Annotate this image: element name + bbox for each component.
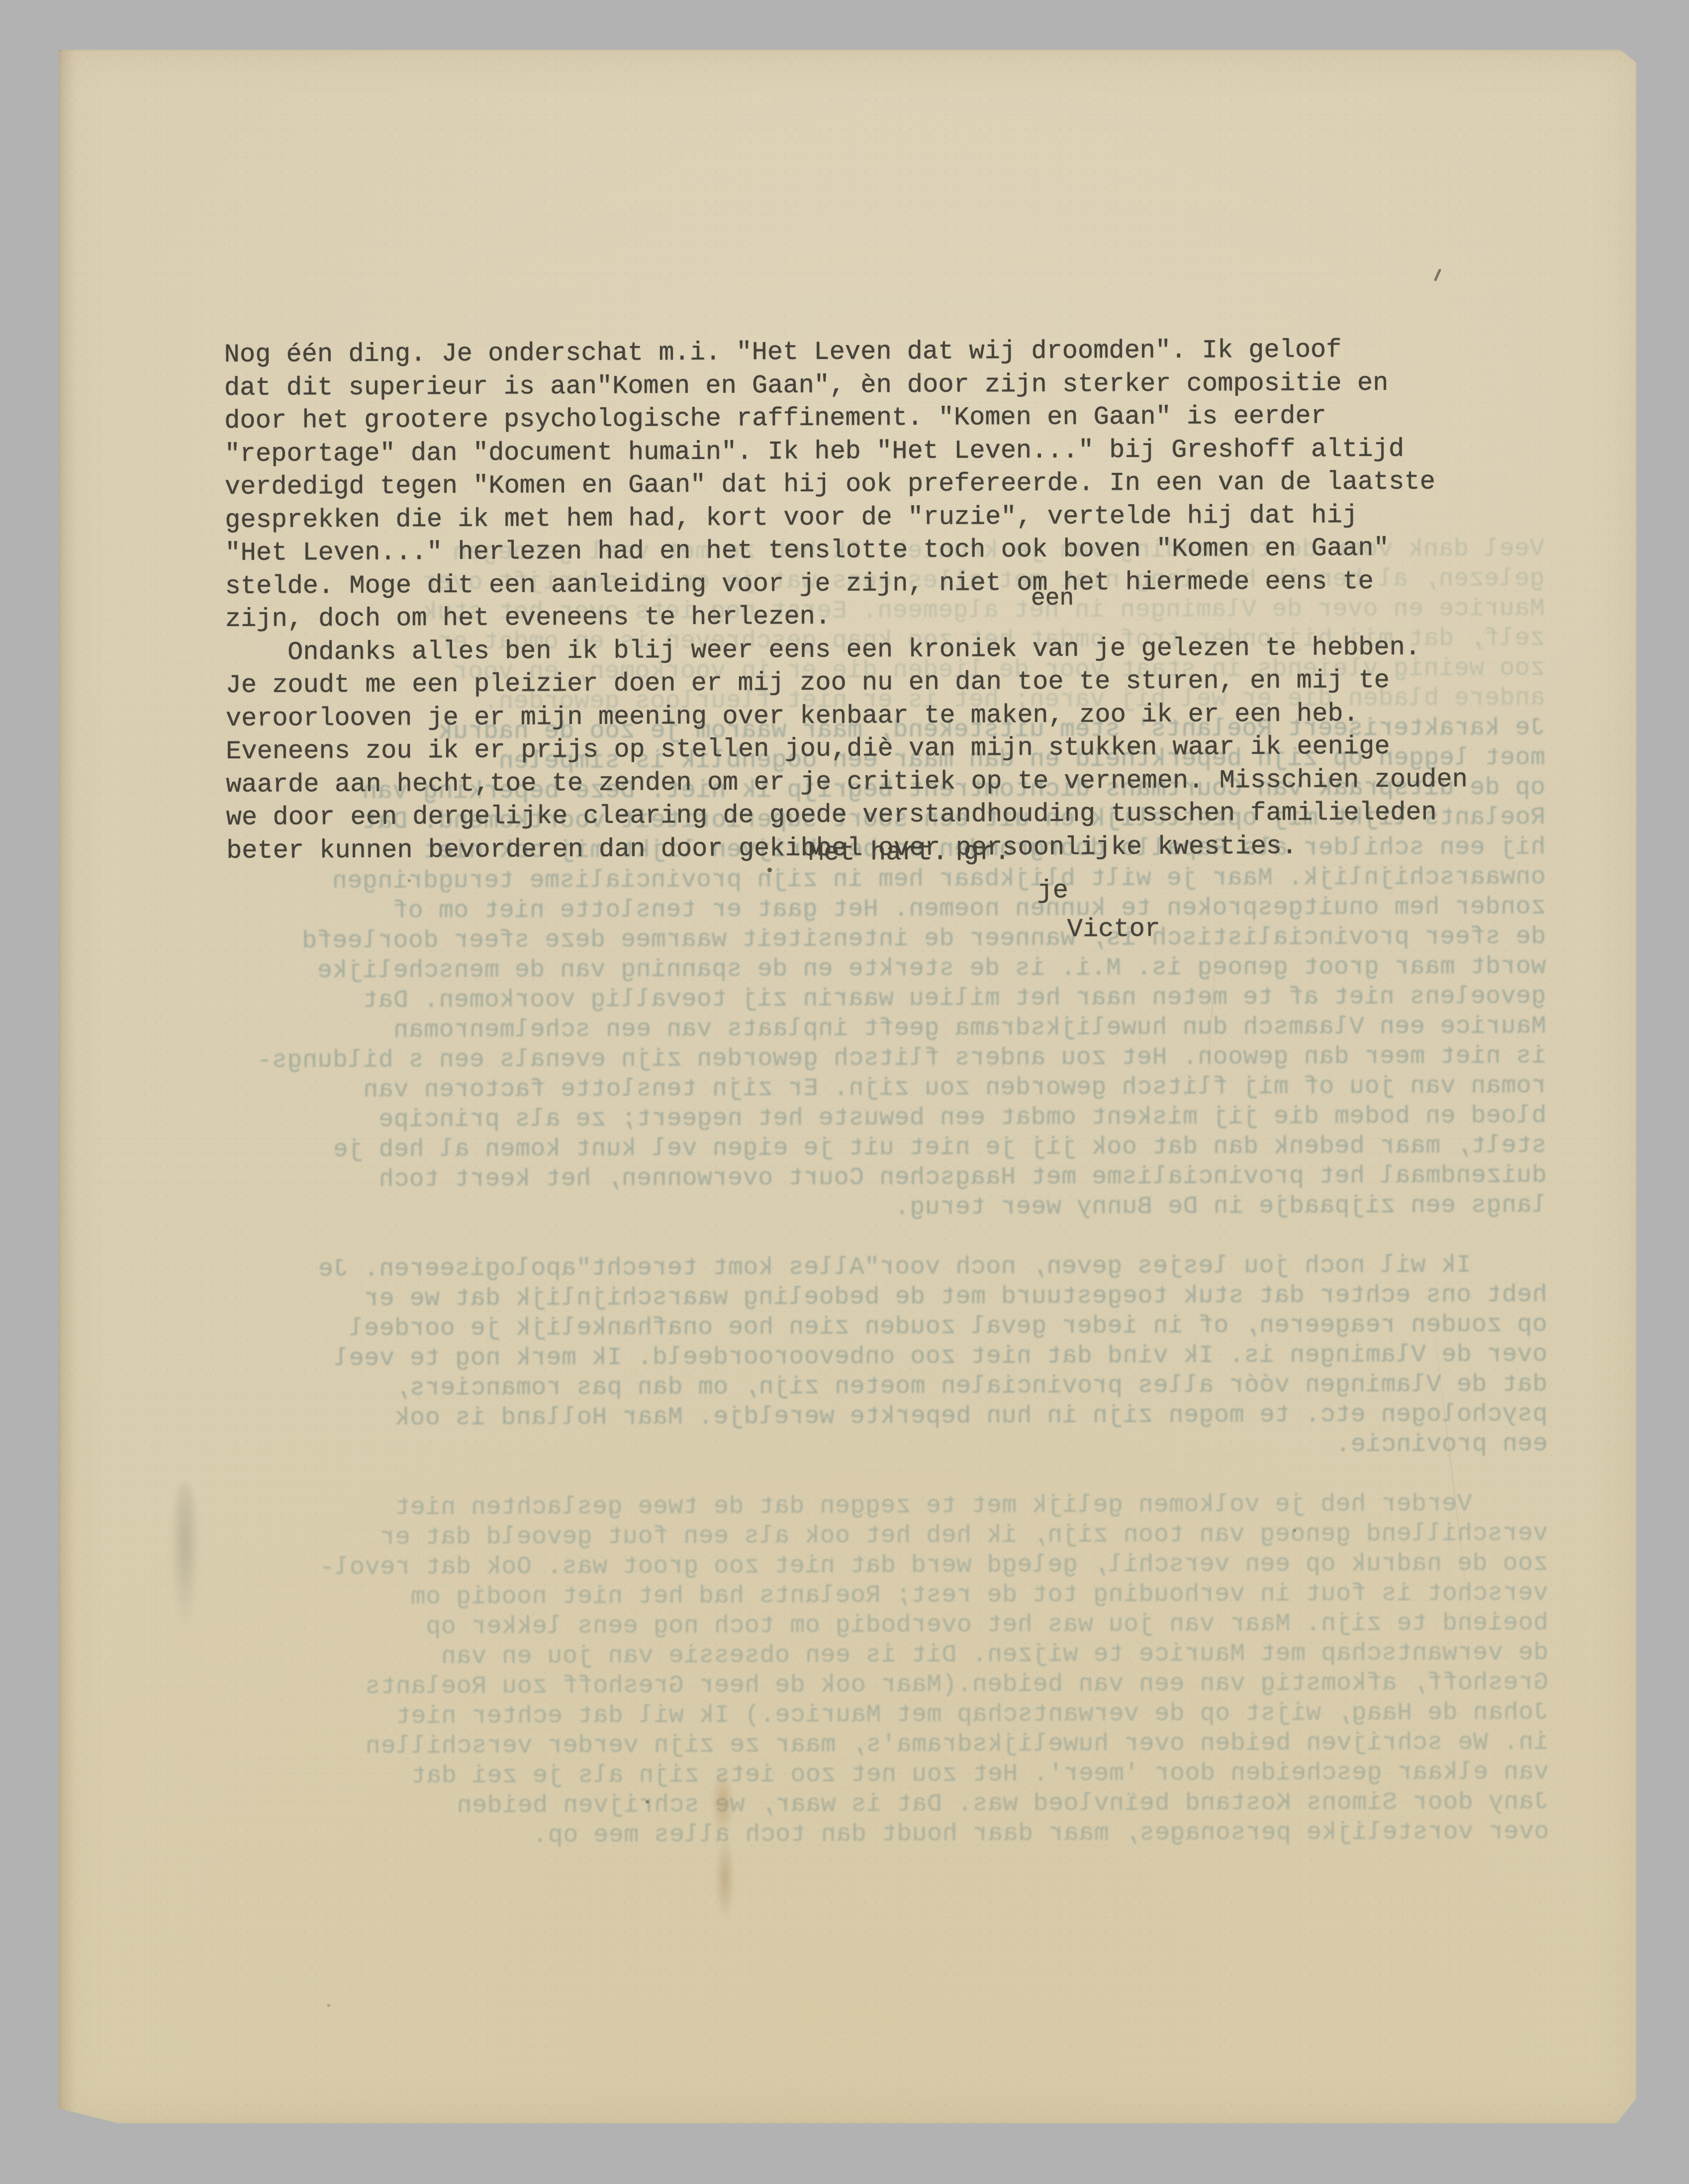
brown-stain <box>700 1760 745 1929</box>
typed-text-layer: Nog één ding. Je onderschat m.i. "Het Le… <box>224 267 1530 1018</box>
typed-line: dat dit superieur is aan"Komen en Gaan",… <box>224 366 1527 405</box>
typed-line: veroorlooven je er mijn meening over ken… <box>226 697 1529 735</box>
paper-left-edge-shade <box>59 50 76 2123</box>
bleedthrough-line: duizendmaal het provincialisme met Haags… <box>85 1161 1547 1196</box>
bleedthrough-line: een provincie. <box>86 1430 1548 1464</box>
bleedthrough-line: van elkaar gescheiden door 'meer'. Het z… <box>87 1758 1549 1793</box>
bleedthrough-line: op zouden reageeren, of in ieder geval z… <box>85 1310 1547 1345</box>
bleedthrough-line: over vorstelijke personages, maar daar h… <box>87 1818 1549 1852</box>
closing-pronoun: je <box>1037 875 1068 908</box>
paper-speck <box>646 1800 649 1804</box>
typed-line: Eveneens zou ik er prijs op stellen jou,… <box>226 730 1529 769</box>
scan-background: Veel dank voor de toezending van je kron… <box>0 0 1689 2184</box>
typed-line: "reportage" dan "document humain". Ik he… <box>224 432 1527 471</box>
bleedthrough-line: bloed en bodem die jij miskent omdat een… <box>84 1101 1546 1136</box>
typed-line: gesprekken die ik met hem had, kort voor… <box>225 498 1528 537</box>
typed-line: "Het Leven..." herlezen had en het tensl… <box>225 532 1528 570</box>
bleedthrough-line <box>86 1459 1548 1494</box>
bleedthrough-line: over de Vlamingen is. Ik vind dat niet z… <box>85 1340 1547 1375</box>
letter-paper: Veel dank voor de toezending van je kron… <box>59 50 1636 2123</box>
bleedthrough-line: de verwantschap met Maurice te wijzen. D… <box>86 1638 1548 1673</box>
typed-line: verdedigd tegen "Komen en Gaan" dat hij … <box>225 465 1528 504</box>
typed-paragraphs: Nog één ding. Je onderschat m.i. "Het Le… <box>224 333 1530 868</box>
bleedthrough-line: psychologen etc. te mogen zijn in hun be… <box>85 1400 1547 1435</box>
bleedthrough-line <box>85 1221 1547 1256</box>
bleedthrough-line: Jany door Simons Kostand beïnvloed was. … <box>87 1788 1549 1822</box>
bleedthrough-line: dat de Vlamingen vóór alles provincialen… <box>85 1370 1547 1405</box>
bleedthrough-line: zoo de nadruk op een verschil, gelegd we… <box>86 1549 1548 1584</box>
bleedthrough-line: langs een zijpaadje in De Bunny weer ter… <box>85 1191 1547 1226</box>
closing-salutation: Met hart. gr. <box>808 836 1010 870</box>
paper-speck <box>767 868 772 872</box>
typed-line: zijn, doch om het eveneens te herlezen. <box>225 598 1528 637</box>
bleedthrough-line: verschillend genoeg van toon zijn, ik he… <box>86 1519 1548 1554</box>
bleedthrough-line: stelt, maar bedenk dan dat ook jij je ni… <box>85 1131 1547 1166</box>
paper-speck <box>408 879 411 882</box>
typed-line: Nog één ding. Je onderschat m.i. "Het Le… <box>224 333 1527 372</box>
paper-speck <box>327 2004 330 2007</box>
typed-line: waarde aan hecht,toe te zenden om er je … <box>226 763 1529 802</box>
typed-line: Ondanks alles ben ik blij weer eens een … <box>225 631 1528 669</box>
inserted-word-above-line: een <box>1031 582 1074 616</box>
paper-crease <box>1428 1284 1476 1660</box>
gray-smudge-stain <box>170 1482 200 1631</box>
typed-line: we door een dergelijke clearing de goede… <box>226 796 1529 835</box>
typed-line: stelde. Moge dit een aanleiding voor je … <box>225 564 1528 603</box>
bleedthrough-line: in. We schrijven beiden over huwelijksdr… <box>87 1728 1549 1763</box>
bleedthrough-line: Johan de Haag, wijst op de verwantschap … <box>87 1698 1549 1733</box>
bleedthrough-line: verschot is fout in verhouding tot de re… <box>86 1579 1548 1614</box>
bleedthrough-line: Ik wil noch jou lesjes geven, noch voor"… <box>85 1251 1547 1285</box>
paper-speck <box>1293 1529 1296 1532</box>
bleedthrough-line: boeiend te zijn. Maar van jou was het ov… <box>86 1609 1548 1643</box>
closing-signature: Victor <box>1067 913 1161 946</box>
typed-line: door het grootere psychologische raffine… <box>224 399 1527 438</box>
typed-line: Je zoudt me een pleizier doen er mij zoo… <box>225 664 1528 703</box>
bleedthrough-line: hebt ons echter dat stuk toegestuurd met… <box>85 1280 1547 1315</box>
bleedthrough-line: Greshoff, afkomstig van een van beiden.(… <box>86 1668 1548 1703</box>
bleedthrough-line: roman van jou of mij flitsch geworden zo… <box>84 1072 1546 1106</box>
bleedthrough-line: Verder heb je volkomen gelijk met te zeg… <box>86 1489 1548 1524</box>
